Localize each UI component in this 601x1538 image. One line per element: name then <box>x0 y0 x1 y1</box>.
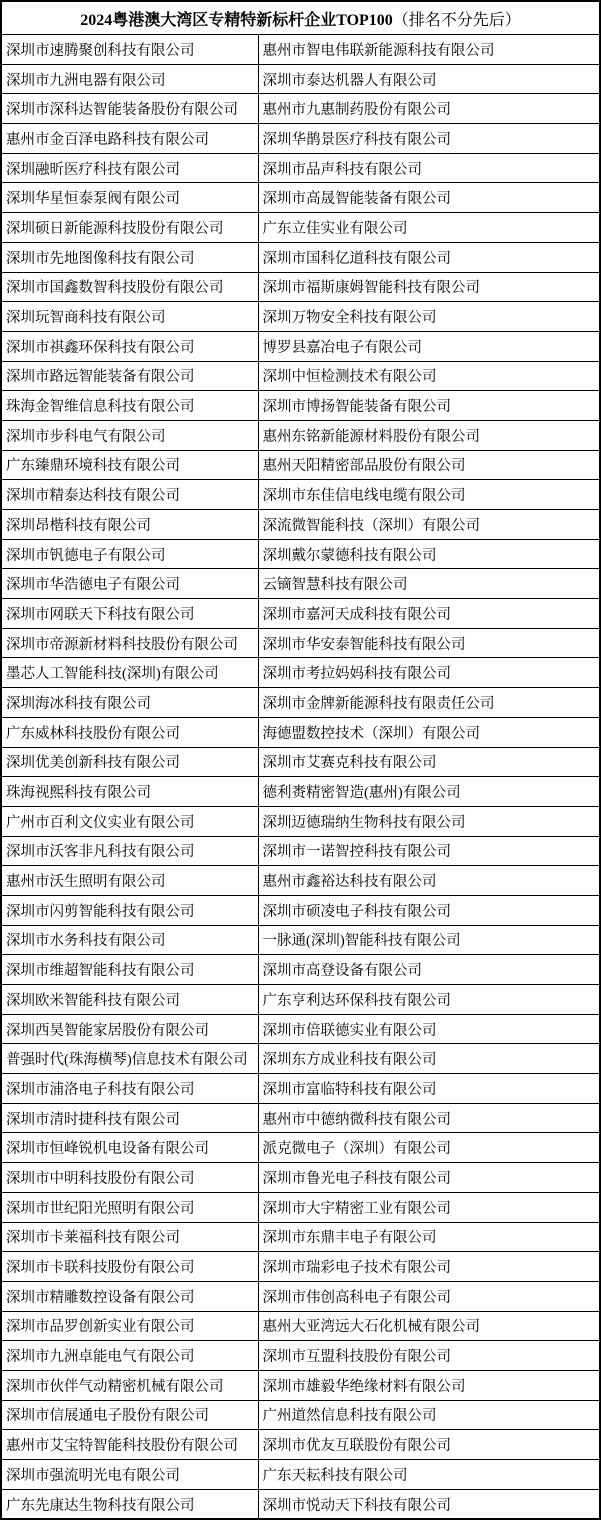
table-row: 深圳市祺鑫环保科技有限公司 博罗县嘉冶电子有限公司 <box>1 331 600 361</box>
company-name-cell: 广东立佳实业有限公司 <box>258 213 600 243</box>
company-table: 2024粤港澳大湾区专精特新标杆企业TOP100（排名不分先后） 深圳市速腾聚创… <box>0 0 601 1520</box>
company-name-cell: 深圳市华浩德电子有限公司 <box>1 569 258 599</box>
table-row: 深圳融昕医疗科技有限公司 深圳市品声科技有限公司 <box>1 153 600 183</box>
company-name-cell: 深圳市精雕数控设备有限公司 <box>1 1281 258 1311</box>
document-page: 2024粤港澳大湾区专精特新标杆企业TOP100（排名不分先后） 深圳市速腾聚创… <box>0 0 599 1520</box>
table-row: 深圳市精泰达科技有限公司 深圳市东佳信电线电缆有限公司 <box>1 480 600 510</box>
table-row: 深圳市九洲卓能电气有限公司 深圳市互盟科技股份有限公司 <box>1 1341 600 1371</box>
table-row: 深圳市步科电气有限公司 惠州东铭新能源材料股份有限公司 <box>1 420 600 450</box>
table-row: 深圳市浦洛电子科技有限公司 深圳市富临特科技有限公司 <box>1 1074 600 1104</box>
company-name-cell: 深圳市伟创高科电子有限公司 <box>258 1281 600 1311</box>
company-name-cell: 深流微智能科技（深圳）有限公司 <box>258 510 600 540</box>
company-name-cell: 深圳市浦洛电子科技有限公司 <box>1 1074 258 1104</box>
table-row: 深圳市深科达智能装备股份有限公司 惠州市九惠制药股份有限公司 <box>1 94 600 124</box>
company-name-cell: 深圳市清时捷科技有限公司 <box>1 1103 258 1133</box>
title-note-text: （排名不分先后） <box>393 12 521 29</box>
table-row: 深圳硕日新能源科技股份有限公司 广东立佳实业有限公司 <box>1 213 600 243</box>
table-row: 珠海金智维信息科技有限公司 深圳市博扬智能装备有限公司 <box>1 391 600 421</box>
company-name-cell: 深圳市鲁光电子科技有限公司 <box>258 1163 600 1193</box>
company-name-cell: 深圳市高登设备有限公司 <box>258 955 600 985</box>
company-name-cell: 深圳市艾赛克科技有限公司 <box>258 747 600 777</box>
company-name-cell: 珠海视熙科技有限公司 <box>1 777 258 807</box>
company-name-cell: 深圳市品罗创新实业有限公司 <box>1 1311 258 1341</box>
company-name-cell: 深圳昂楷科技有限公司 <box>1 510 258 540</box>
table-row: 深圳市水务科技有限公司 一脉通(深圳)智能科技有限公司 <box>1 925 600 955</box>
company-name-cell: 深圳市沃客非凡科技有限公司 <box>1 836 258 866</box>
company-name-cell: 普强时代(珠海横琴)信息技术有限公司 <box>1 1044 258 1074</box>
title-row: 2024粤港澳大湾区专精特新标杆企业TOP100（排名不分先后） <box>1 1 600 35</box>
company-name-cell: 深圳市瑞彩电子技术有限公司 <box>258 1252 600 1282</box>
company-name-cell: 深圳华鹊景医疗科技有限公司 <box>258 124 600 154</box>
company-name-cell: 深圳市品声科技有限公司 <box>258 153 600 183</box>
company-name-cell: 深圳市水务科技有限公司 <box>1 925 258 955</box>
table-row: 广州市百利文仪实业有限公司 深圳迈德瑞纳生物科技有限公司 <box>1 806 600 836</box>
company-name-cell: 深圳硕日新能源科技股份有限公司 <box>1 213 258 243</box>
company-name-cell: 深圳市东佳信电线电缆有限公司 <box>258 480 600 510</box>
company-name-cell: 派克微电子（深圳）有限公司 <box>258 1133 600 1163</box>
table-row: 深圳市维超智能科技有限公司 深圳市高登设备有限公司 <box>1 955 600 985</box>
company-name-cell: 深圳市东鼎丰电子有限公司 <box>258 1222 600 1252</box>
company-name-cell: 深圳市博扬智能装备有限公司 <box>258 391 600 421</box>
table-body: 深圳市速腾聚创科技有限公司 惠州市智电伟联新能源科技有限公司 深圳市九洲电器有限… <box>1 35 600 1520</box>
company-name-cell: 深圳市嘉河天成科技有限公司 <box>258 599 600 629</box>
table-row: 惠州市艾宝特智能科技股份有限公司 深圳市优友互联股份有限公司 <box>1 1430 600 1460</box>
company-name-cell: 博罗县嘉冶电子有限公司 <box>258 331 600 361</box>
company-name-cell: 深圳市精泰达科技有限公司 <box>1 480 258 510</box>
table-row: 深圳市精雕数控设备有限公司 深圳市伟创高科电子有限公司 <box>1 1281 600 1311</box>
company-name-cell: 深圳市华安泰智能科技有限公司 <box>258 628 600 658</box>
company-name-cell: 深圳东方成业科技有限公司 <box>258 1044 600 1074</box>
table-row: 珠海视熙科技有限公司 德利赉精密智造(惠州)有限公司 <box>1 777 600 807</box>
table-row: 深圳市九洲电器有限公司 深圳市泰达机器人有限公司 <box>1 64 600 94</box>
company-name-cell: 深圳市大宇精密工业有限公司 <box>258 1192 600 1222</box>
table-row: 深圳市信展通电子股份有限公司 广州道然信息科技有限公司 <box>1 1400 600 1430</box>
company-name-cell: 深圳市钒德电子有限公司 <box>1 539 258 569</box>
company-name-cell: 惠州市鑫裕达科技有限公司 <box>258 866 600 896</box>
table-row: 深圳市伙伴气动精密机械有限公司 深圳市雄毅华绝缘材料有限公司 <box>1 1370 600 1400</box>
table-row: 深圳市世纪阳光照明有限公司 深圳市大宇精密工业有限公司 <box>1 1192 600 1222</box>
table-row: 深圳市卡联科技股份有限公司 深圳市瑞彩电子技术有限公司 <box>1 1252 600 1282</box>
company-name-cell: 深圳西昊智能家居股份有限公司 <box>1 1014 258 1044</box>
table-row: 惠州市金百泽电路科技有限公司 深圳华鹊景医疗科技有限公司 <box>1 124 600 154</box>
company-name-cell: 惠州市九惠制药股份有限公司 <box>258 94 600 124</box>
company-name-cell: 深圳市互盟科技股份有限公司 <box>258 1341 600 1371</box>
table-row: 普强时代(珠海横琴)信息技术有限公司 深圳东方成业科技有限公司 <box>1 1044 600 1074</box>
table-row: 深圳欧米智能科技有限公司 广东亨利达环保科技有限公司 <box>1 985 600 1015</box>
table-row: 深圳海冰科技有限公司 深圳市金牌新能源科技有限责任公司 <box>1 688 600 718</box>
table-row: 深圳市速腾聚创科技有限公司 惠州市智电伟联新能源科技有限公司 <box>1 35 600 65</box>
company-name-cell: 广州道然信息科技有限公司 <box>258 1400 600 1430</box>
company-name-cell: 深圳市九洲卓能电气有限公司 <box>1 1341 258 1371</box>
table-row: 深圳优美创新科技有限公司 深圳市艾赛克科技有限公司 <box>1 747 600 777</box>
company-name-cell: 深圳市强流明光电有限公司 <box>1 1460 258 1490</box>
table-row: 广东先康达生物科技有限公司 深圳市悦动天下科技有限公司 <box>1 1489 600 1519</box>
company-name-cell: 云镝智慧科技有限公司 <box>258 569 600 599</box>
company-name-cell: 深圳市路远智能装备有限公司 <box>1 361 258 391</box>
company-name-cell: 深圳市一诺智控科技有限公司 <box>258 836 600 866</box>
company-name-cell: 深圳市考拉妈妈科技有限公司 <box>258 658 600 688</box>
company-name-cell: 深圳市雄毅华绝缘材料有限公司 <box>258 1370 600 1400</box>
table-row: 深圳市网联天下科技有限公司 深圳市嘉河天成科技有限公司 <box>1 599 600 629</box>
company-name-cell: 深圳市倍联德实业有限公司 <box>258 1014 600 1044</box>
table-row: 深圳市品罗创新实业有限公司 惠州大亚湾远大石化机械有限公司 <box>1 1311 600 1341</box>
company-name-cell: 惠州市智电伟联新能源科技有限公司 <box>258 35 600 65</box>
table-row: 深圳西昊智能家居股份有限公司 深圳市倍联德实业有限公司 <box>1 1014 600 1044</box>
table-row: 惠州市沃生照明有限公司 惠州市鑫裕达科技有限公司 <box>1 866 600 896</box>
company-name-cell: 海德盟数控技术（深圳）有限公司 <box>258 717 600 747</box>
company-name-cell: 深圳万物安全科技有限公司 <box>258 302 600 332</box>
company-name-cell: 广东亨利达环保科技有限公司 <box>258 985 600 1015</box>
company-name-cell: 惠州市艾宝特智能科技股份有限公司 <box>1 1430 258 1460</box>
table-row: 深圳市钒德电子有限公司 深圳戴尔蒙德科技有限公司 <box>1 539 600 569</box>
table-row: 深圳市强流明光电有限公司 广东天耘科技有限公司 <box>1 1460 600 1490</box>
table-row: 深圳市华浩德电子有限公司 云镝智慧科技有限公司 <box>1 569 600 599</box>
company-name-cell: 深圳市国鑫数智科技股份有限公司 <box>1 272 258 302</box>
company-name-cell: 深圳市卡联科技股份有限公司 <box>1 1252 258 1282</box>
company-name-cell: 深圳市伙伴气动精密机械有限公司 <box>1 1370 258 1400</box>
table-header: 2024粤港澳大湾区专精特新标杆企业TOP100（排名不分先后） <box>1 1 600 35</box>
company-name-cell: 深圳市帝源新材料科技股份有限公司 <box>1 628 258 658</box>
table-row: 深圳市闪剪智能科技有限公司 深圳市硕凌电子科技有限公司 <box>1 895 600 925</box>
company-name-cell: 广东天耘科技有限公司 <box>258 1460 600 1490</box>
company-name-cell: 惠州天阳精密部品股份有限公司 <box>258 450 600 480</box>
company-name-cell: 深圳市世纪阳光照明有限公司 <box>1 1192 258 1222</box>
company-name-cell: 深圳市高晟智能装备有限公司 <box>258 183 600 213</box>
table-row: 深圳市清时捷科技有限公司 惠州市中德纳微科技有限公司 <box>1 1103 600 1133</box>
company-name-cell: 深圳华星恒泰泵阀有限公司 <box>1 183 258 213</box>
table-row: 深圳市中明科技股份有限公司 深圳市鲁光电子科技有限公司 <box>1 1163 600 1193</box>
table-row: 广东威林科技股份有限公司 海德盟数控技术（深圳）有限公司 <box>1 717 600 747</box>
company-name-cell: 深圳市富临特科技有限公司 <box>258 1074 600 1104</box>
table-row: 深圳市先地图像科技有限公司 深圳市国科亿道科技有限公司 <box>1 242 600 272</box>
company-name-cell: 深圳市卡莱福科技有限公司 <box>1 1222 258 1252</box>
company-name-cell: 广州市百利文仪实业有限公司 <box>1 806 258 836</box>
company-name-cell: 德利赉精密智造(惠州)有限公司 <box>258 777 600 807</box>
company-name-cell: 惠州市中德纳微科技有限公司 <box>258 1103 600 1133</box>
company-name-cell: 深圳优美创新科技有限公司 <box>1 747 258 777</box>
table-row: 深圳华星恒泰泵阀有限公司 深圳市高晟智能装备有限公司 <box>1 183 600 213</box>
table-row: 墨芯人工智能科技(深圳)有限公司 深圳市考拉妈妈科技有限公司 <box>1 658 600 688</box>
company-name-cell: 深圳市步科电气有限公司 <box>1 420 258 450</box>
company-name-cell: 深圳市闪剪智能科技有限公司 <box>1 895 258 925</box>
company-name-cell: 深圳市九洲电器有限公司 <box>1 64 258 94</box>
company-name-cell: 惠州市沃生照明有限公司 <box>1 866 258 896</box>
title-main-text: 2024粤港澳大湾区专精特新标杆企业TOP100 <box>80 12 393 29</box>
company-name-cell: 深圳市中明科技股份有限公司 <box>1 1163 258 1193</box>
table-row: 深圳市沃客非凡科技有限公司 深圳市一诺智控科技有限公司 <box>1 836 600 866</box>
page-title: 2024粤港澳大湾区专精特新标杆企业TOP100（排名不分先后） <box>1 1 600 35</box>
table-row: 深圳玩智商科技有限公司 深圳万物安全科技有限公司 <box>1 302 600 332</box>
company-name-cell: 深圳市国科亿道科技有限公司 <box>258 242 600 272</box>
company-name-cell: 深圳市福斯康姆智能科技有限公司 <box>258 272 600 302</box>
company-name-cell: 深圳玩智商科技有限公司 <box>1 302 258 332</box>
company-name-cell: 深圳融昕医疗科技有限公司 <box>1 153 258 183</box>
company-name-cell: 深圳市恒峰锐机电设备有限公司 <box>1 1133 258 1163</box>
company-name-cell: 深圳中恒检测技术有限公司 <box>258 361 600 391</box>
company-name-cell: 惠州市金百泽电路科技有限公司 <box>1 124 258 154</box>
table-row: 深圳市帝源新材料科技股份有限公司 深圳市华安泰智能科技有限公司 <box>1 628 600 658</box>
table-row: 深圳市路远智能装备有限公司 深圳中恒检测技术有限公司 <box>1 361 600 391</box>
table-row: 深圳市恒峰锐机电设备有限公司 派克微电子（深圳）有限公司 <box>1 1133 600 1163</box>
table-row: 深圳昂楷科技有限公司 深流微智能科技（深圳）有限公司 <box>1 510 600 540</box>
company-name-cell: 广东威林科技股份有限公司 <box>1 717 258 747</box>
company-name-cell: 深圳迈德瑞纳生物科技有限公司 <box>258 806 600 836</box>
company-name-cell: 惠州东铭新能源材料股份有限公司 <box>258 420 600 450</box>
company-name-cell: 深圳市深科达智能装备股份有限公司 <box>1 94 258 124</box>
table-row: 深圳市国鑫数智科技股份有限公司 深圳市福斯康姆智能科技有限公司 <box>1 272 600 302</box>
company-name-cell: 深圳海冰科技有限公司 <box>1 688 258 718</box>
company-name-cell: 深圳市悦动天下科技有限公司 <box>258 1489 600 1519</box>
company-name-cell: 深圳市祺鑫环保科技有限公司 <box>1 331 258 361</box>
company-name-cell: 深圳市网联天下科技有限公司 <box>1 599 258 629</box>
company-name-cell: 深圳市优友互联股份有限公司 <box>258 1430 600 1460</box>
table-row: 广东臻鼎环境科技有限公司 惠州天阳精密部品股份有限公司 <box>1 450 600 480</box>
company-name-cell: 深圳市速腾聚创科技有限公司 <box>1 35 258 65</box>
company-name-cell: 深圳欧米智能科技有限公司 <box>1 985 258 1015</box>
company-name-cell: 珠海金智维信息科技有限公司 <box>1 391 258 421</box>
company-name-cell: 一脉通(深圳)智能科技有限公司 <box>258 925 600 955</box>
company-name-cell: 深圳市硕凌电子科技有限公司 <box>258 895 600 925</box>
company-name-cell: 深圳市信展通电子股份有限公司 <box>1 1400 258 1430</box>
company-name-cell: 深圳市金牌新能源科技有限责任公司 <box>258 688 600 718</box>
company-name-cell: 惠州大亚湾远大石化机械有限公司 <box>258 1311 600 1341</box>
company-name-cell: 深圳戴尔蒙德科技有限公司 <box>258 539 600 569</box>
company-name-cell: 广东先康达生物科技有限公司 <box>1 1489 258 1519</box>
company-name-cell: 深圳市先地图像科技有限公司 <box>1 242 258 272</box>
company-name-cell: 深圳市维超智能科技有限公司 <box>1 955 258 985</box>
company-name-cell: 广东臻鼎环境科技有限公司 <box>1 450 258 480</box>
table-row: 深圳市卡莱福科技有限公司 深圳市东鼎丰电子有限公司 <box>1 1222 600 1252</box>
company-name-cell: 深圳市泰达机器人有限公司 <box>258 64 600 94</box>
company-name-cell: 墨芯人工智能科技(深圳)有限公司 <box>1 658 258 688</box>
